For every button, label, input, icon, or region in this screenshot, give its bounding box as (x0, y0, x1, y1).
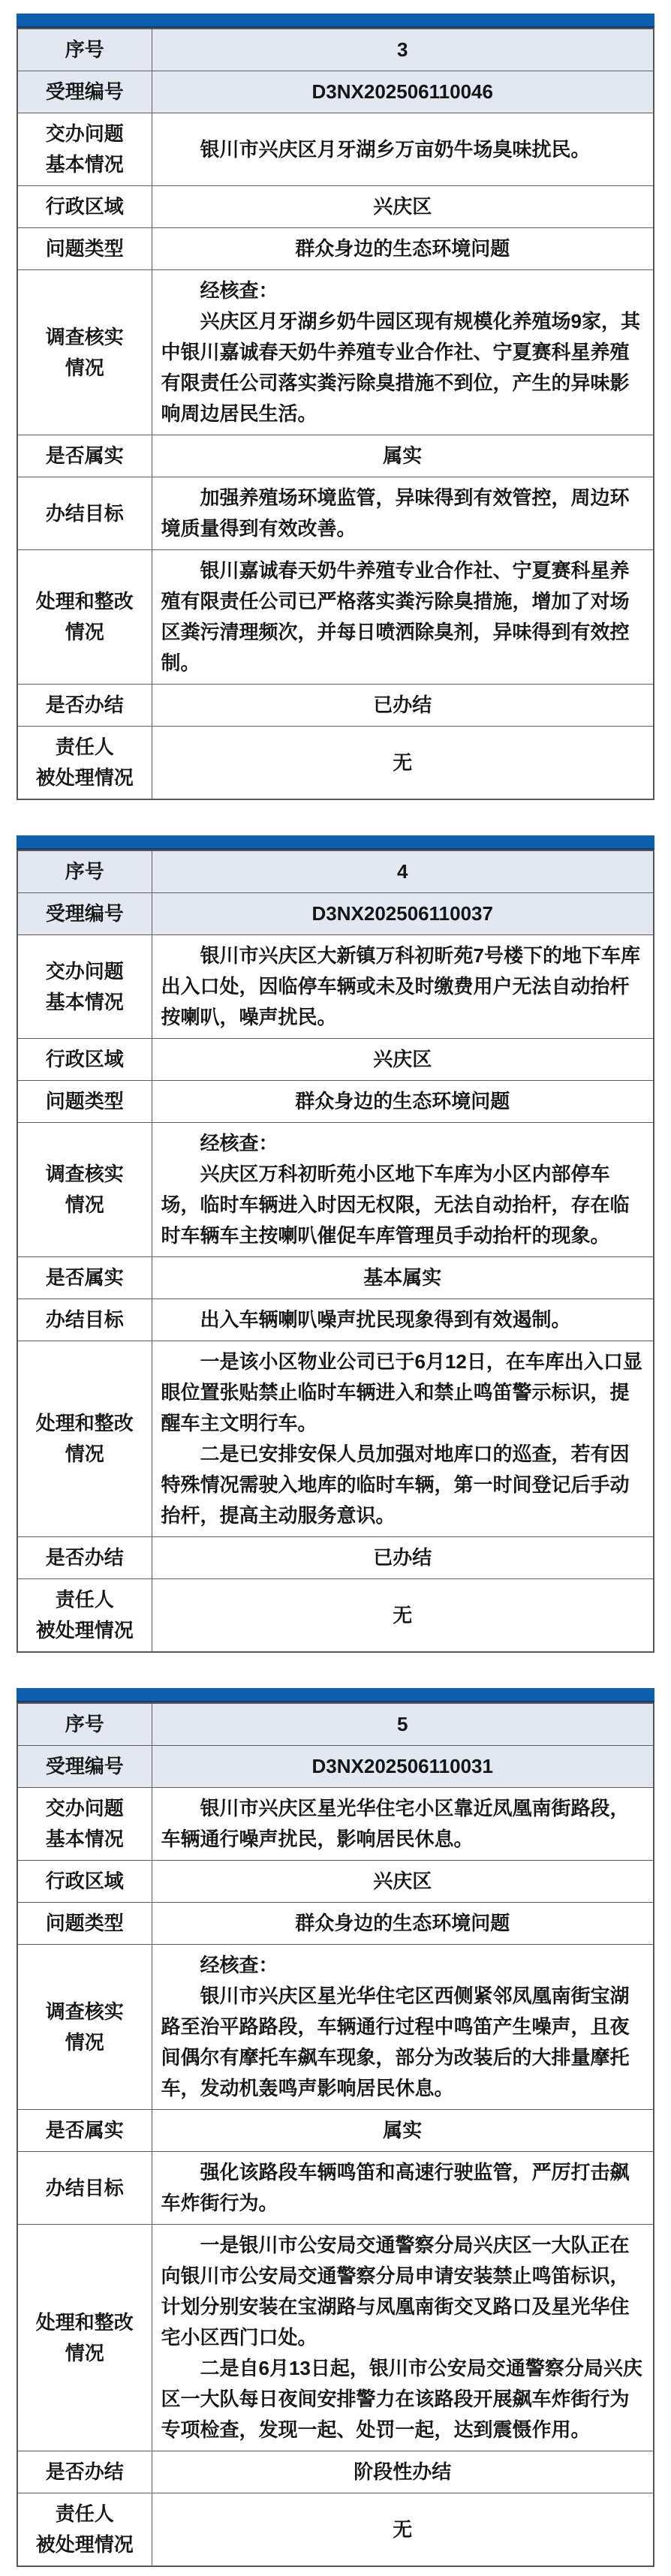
admin-region-value: 兴庆区 (152, 186, 654, 228)
completion-goal-value: 出入车辆喇叭噪声扰民现象得到有效遏制。 (152, 1299, 654, 1341)
table-row-completion-status: 是否办结 阶段性办结 (17, 2451, 654, 2493)
serial-value: 4 (152, 850, 654, 893)
problem-type-label: 问题类型 (17, 1903, 152, 1945)
rectification-value: 一是银川市公安局交通警察分局兴庆区一大队正在向银川市公安局交通警察分局申请安装禁… (152, 2225, 654, 2451)
table-row-problem-summary: 交办问题 基本情况 银川市兴庆区星光华住宅小区靠近凤凰南街路段，车辆通行噪声扰民… (17, 1788, 654, 1861)
investigation-label: 调查核实 情况 (17, 1123, 152, 1257)
accountability-value: 无 (152, 1579, 654, 1653)
verified-label: 是否属实 (17, 1257, 152, 1299)
table-row-verified: 是否属实 基本属实 (17, 1257, 654, 1299)
table-row-problem-summary: 交办问题 基本情况 银川市兴庆区月牙湖乡万亩奶牛场臭味扰民。 (17, 113, 654, 186)
document-page: 序号 3 受理编号 D3NX202506110046 交办问题 基本情况 银川市… (0, 0, 671, 2576)
investigation-label: 调查核实 情况 (17, 1945, 152, 2110)
table-row-case-number: 受理编号 D3NX202506110031 (17, 1746, 654, 1788)
table-row-serial: 序号 4 (17, 850, 654, 893)
verified-label: 是否属实 (17, 435, 152, 477)
problem-summary-value: 银川市兴庆区月牙湖乡万亩奶牛场臭味扰民。 (152, 113, 654, 186)
accountability-label: 责任人 被处理情况 (17, 1579, 152, 1653)
completion-status-value: 已办结 (152, 1537, 654, 1579)
accountability-label: 责任人 被处理情况 (17, 727, 152, 800)
completion-goal-value: 加强养殖场环境监管，异味得到有效管控，周边环境质量得到有效改善。 (152, 477, 654, 550)
table-row-accountability: 责任人 被处理情况 无 (17, 1579, 654, 1653)
case-table: 序号 3 受理编号 D3NX202506110046 交办问题 基本情况 银川市… (17, 28, 654, 800)
admin-region-label: 行政区域 (17, 1039, 152, 1081)
table-row-investigation: 调查核实 情况 经核查： 兴庆区万科初昕苑小区地下车库为小区内部停车场，临时车辆… (17, 1123, 654, 1257)
admin-region-label: 行政区域 (17, 186, 152, 228)
case-block-4: 序号 4 受理编号 D3NX202506110037 交办问题 基本情况 银川市… (17, 835, 654, 1653)
problem-summary-label: 交办问题 基本情况 (17, 113, 152, 186)
table-header-bar (17, 1688, 654, 1702)
table-row-verified: 是否属实 属实 (17, 435, 654, 477)
table-row-completion-goal: 办结目标 加强养殖场环境监管，异味得到有效管控，周边环境质量得到有效改善。 (17, 477, 654, 550)
admin-region-label: 行政区域 (17, 1861, 152, 1903)
rectification-label: 处理和整改 情况 (17, 1341, 152, 1537)
case-block-3: 序号 3 受理编号 D3NX202506110046 交办问题 基本情况 银川市… (17, 14, 654, 800)
table-row-serial: 序号 3 (17, 29, 654, 71)
table-row-problem-summary: 交办问题 基本情况 银川市兴庆区大新镇万科初昕苑7号楼下的地下车库出入口处，因临… (17, 935, 654, 1039)
investigation-value: 经核查： 兴庆区万科初昕苑小区地下车库为小区内部停车场，临时车辆进入时因无权限，… (152, 1123, 654, 1257)
table-row-serial: 序号 5 (17, 1703, 654, 1746)
completion-status-label: 是否办结 (17, 685, 152, 727)
table-row-case-number: 受理编号 D3NX202506110037 (17, 893, 654, 935)
problem-type-label: 问题类型 (17, 1081, 152, 1123)
table-row-investigation: 调查核实 情况 经核查： 银川市兴庆区星光华住宅区西侧紧邻凤凰南街宝湖路至治平路… (17, 1945, 654, 2110)
admin-region-value: 兴庆区 (152, 1861, 654, 1903)
completion-goal-label: 办结目标 (17, 2152, 152, 2225)
table-row-accountability: 责任人 被处理情况 无 (17, 2493, 654, 2567)
admin-region-value: 兴庆区 (152, 1039, 654, 1081)
table-row-completion-status: 是否办结 已办结 (17, 1537, 654, 1579)
verified-value: 基本属实 (152, 1257, 654, 1299)
table-row-admin-region: 行政区域 兴庆区 (17, 1861, 654, 1903)
investigation-value: 经核查： 银川市兴庆区星光华住宅区西侧紧邻凤凰南街宝湖路至治平路路段，车辆通行过… (152, 1945, 654, 2110)
table-row-completion-status: 是否办结 已办结 (17, 685, 654, 727)
completion-goal-value: 强化该路段车辆鸣笛和高速行驶监管，严厉打击飙车炸街行为。 (152, 2152, 654, 2225)
verified-value: 属实 (152, 2110, 654, 2152)
problem-type-value: 群众身边的生态环境问题 (152, 1081, 654, 1123)
problem-summary-label: 交办问题 基本情况 (17, 1788, 152, 1861)
accountability-value: 无 (152, 727, 654, 800)
table-row-problem-type: 问题类型 群众身边的生态环境问题 (17, 1081, 654, 1123)
serial-value: 3 (152, 29, 654, 71)
completion-status-label: 是否办结 (17, 2451, 152, 2493)
rectification-value: 一是该小区物业公司已于6月12日，在车库出入口显眼位置张贴禁止临时车辆进入和禁止… (152, 1341, 654, 1537)
table-row-verified: 是否属实 属实 (17, 2110, 654, 2152)
table-header-bar (17, 835, 654, 850)
problem-type-value: 群众身边的生态环境问题 (152, 1903, 654, 1945)
case-number-label: 受理编号 (17, 71, 152, 113)
table-row-rectification: 处理和整改 情况 一是银川市公安局交通警察分局兴庆区一大队正在向银川市公安局交通… (17, 2225, 654, 2451)
problem-summary-value: 银川市兴庆区大新镇万科初昕苑7号楼下的地下车库出入口处，因临停车辆或未及时缴费用… (152, 935, 654, 1039)
case-block-5: 序号 5 受理编号 D3NX202506110031 交办问题 基本情况 银川市… (17, 1688, 654, 2567)
verified-value: 属实 (152, 435, 654, 477)
investigation-label: 调查核实 情况 (17, 270, 152, 435)
table-header-bar (17, 14, 654, 28)
problem-summary-value: 银川市兴庆区星光华住宅小区靠近凤凰南街路段，车辆通行噪声扰民，影响居民休息。 (152, 1788, 654, 1861)
verified-label: 是否属实 (17, 2110, 152, 2152)
table-row-accountability: 责任人 被处理情况 无 (17, 727, 654, 800)
serial-label: 序号 (17, 850, 152, 893)
case-number-value: D3NX202506110031 (152, 1746, 654, 1788)
case-table: 序号 4 受理编号 D3NX202506110037 交办问题 基本情况 银川市… (17, 850, 654, 1653)
completion-status-value: 阶段性办结 (152, 2451, 654, 2493)
rectification-value: 银川嘉诚春天奶牛养殖专业合作社、宁夏赛科星养殖有限责任公司已严格落实粪污除臭措施… (152, 550, 654, 685)
case-number-label: 受理编号 (17, 1746, 152, 1788)
completion-goal-label: 办结目标 (17, 477, 152, 550)
table-row-completion-goal: 办结目标 强化该路段车辆鸣笛和高速行驶监管，严厉打击飙车炸街行为。 (17, 2152, 654, 2225)
case-number-value: D3NX202506110046 (152, 71, 654, 113)
serial-value: 5 (152, 1703, 654, 1746)
accountability-value: 无 (152, 2493, 654, 2567)
table-row-rectification: 处理和整改 情况 一是该小区物业公司已于6月12日，在车库出入口显眼位置张贴禁止… (17, 1341, 654, 1537)
accountability-label: 责任人 被处理情况 (17, 2493, 152, 2567)
table-row-completion-goal: 办结目标 出入车辆喇叭噪声扰民现象得到有效遏制。 (17, 1299, 654, 1341)
table-row-investigation: 调查核实 情况 经核查： 兴庆区月牙湖乡奶牛园区现有规模化养殖场9家，其中银川嘉… (17, 270, 654, 435)
table-row-problem-type: 问题类型 群众身边的生态环境问题 (17, 228, 654, 270)
serial-label: 序号 (17, 29, 152, 71)
problem-summary-label: 交办问题 基本情况 (17, 935, 152, 1039)
table-row-admin-region: 行政区域 兴庆区 (17, 186, 654, 228)
problem-type-value: 群众身边的生态环境问题 (152, 228, 654, 270)
completion-goal-label: 办结目标 (17, 1299, 152, 1341)
rectification-label: 处理和整改 情况 (17, 550, 152, 685)
case-number-value: D3NX202506110037 (152, 893, 654, 935)
case-table: 序号 5 受理编号 D3NX202506110031 交办问题 基本情况 银川市… (17, 1702, 654, 2567)
rectification-label: 处理和整改 情况 (17, 2225, 152, 2451)
table-row-rectification: 处理和整改 情况 银川嘉诚春天奶牛养殖专业合作社、宁夏赛科星养殖有限责任公司已严… (17, 550, 654, 685)
completion-status-label: 是否办结 (17, 1537, 152, 1579)
serial-label: 序号 (17, 1703, 152, 1746)
investigation-value: 经核查： 兴庆区月牙湖乡奶牛园区现有规模化养殖场9家，其中银川嘉诚春天奶牛养殖专… (152, 270, 654, 435)
table-row-problem-type: 问题类型 群众身边的生态环境问题 (17, 1903, 654, 1945)
table-row-case-number: 受理编号 D3NX202506110046 (17, 71, 654, 113)
problem-type-label: 问题类型 (17, 228, 152, 270)
case-number-label: 受理编号 (17, 893, 152, 935)
completion-status-value: 已办结 (152, 685, 654, 727)
table-row-admin-region: 行政区域 兴庆区 (17, 1039, 654, 1081)
